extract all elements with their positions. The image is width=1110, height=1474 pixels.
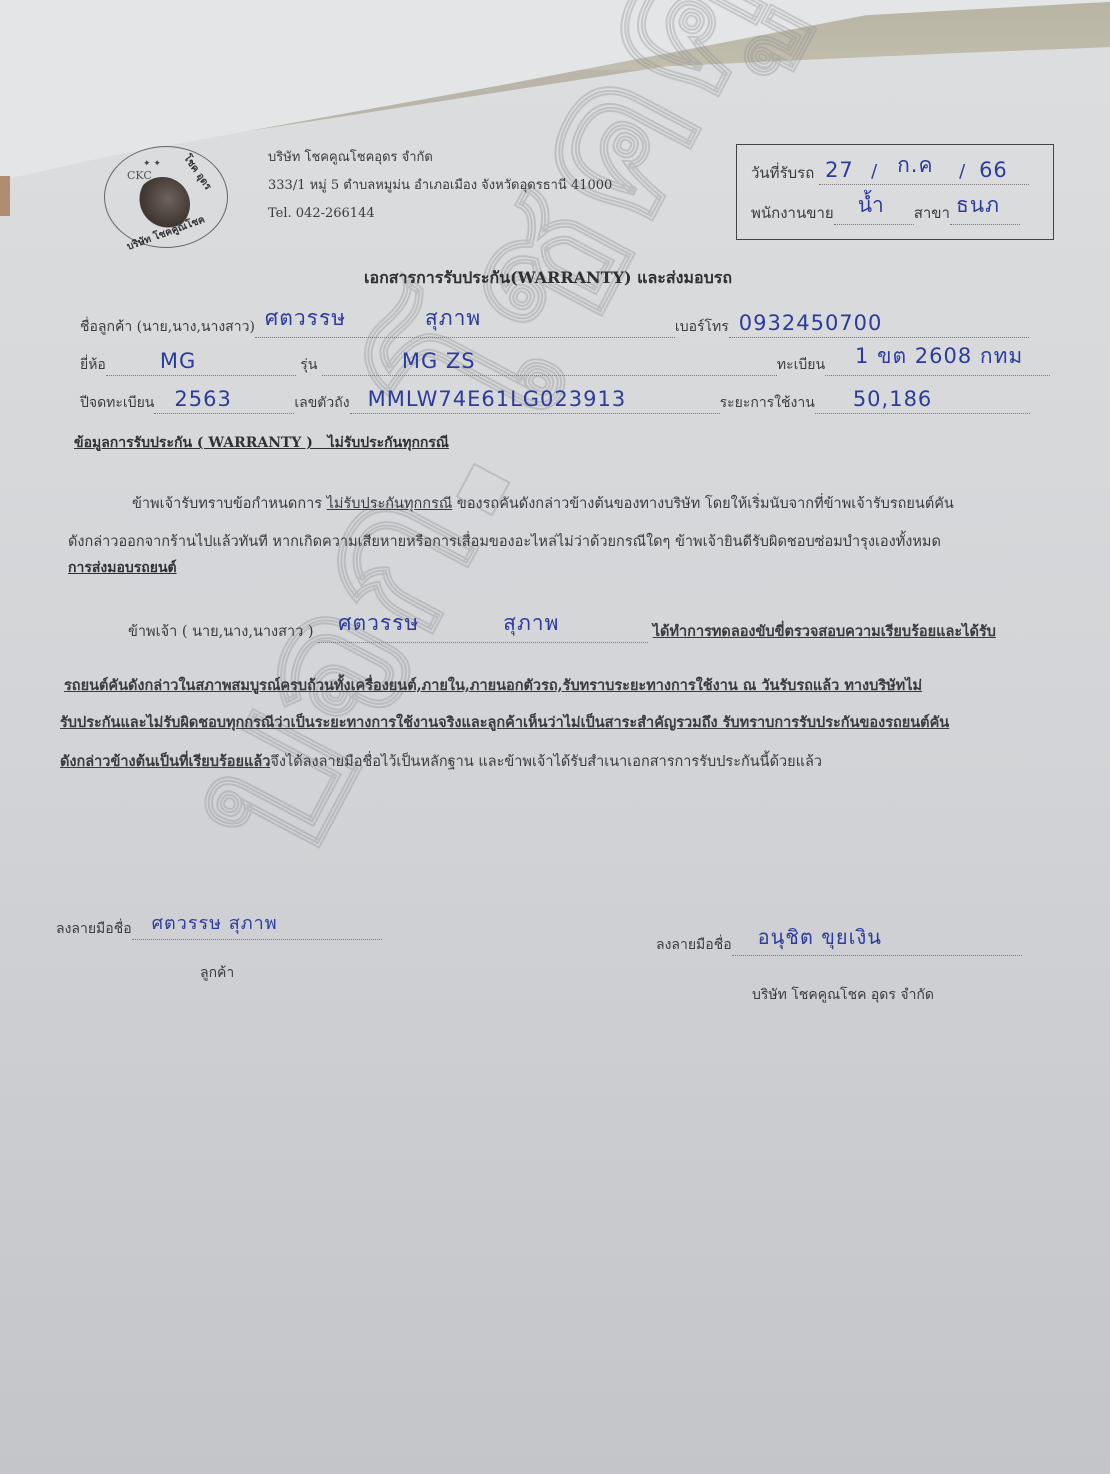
warranty-heading-note: ไม่รับประกันทุกกรณี — [328, 435, 449, 451]
customer-name-field[interactable]: ศตวรรษ สุภาพ — [255, 319, 675, 338]
salesperson-label: พนักงานขาย — [751, 204, 834, 222]
plate-value: 1 ขต 2608 กทม — [855, 340, 1023, 373]
delivery-heading: การส่งมอบรถยนต์ — [68, 557, 177, 579]
delivery-line-3: รับประกันและไม่รับผิดชอบทุกกรณีว่าเป็นระ… — [60, 711, 949, 734]
delivery-customer-first: ศตวรรษ — [338, 607, 419, 640]
delivery-line-2: รถยนต์คันดังกล่าวในสภาพสมบูรณ์ครบถ้วนทั้… — [64, 674, 922, 697]
plate-label: ทะเบียน — [777, 357, 825, 373]
receive-box: วันที่รับรถ 27 / ก.ค / 66 พนักงานขาย น้ำ… — [736, 144, 1054, 240]
vehicle-row: ยี่ห้อ MG รุ่น MG ZS ทะเบียน 1 ขต 2608 ก… — [80, 354, 1050, 376]
receive-date-year: 66 — [979, 158, 1008, 182]
chassis-value: MMLW74E61LG023913 — [368, 387, 627, 411]
salesperson-row: พนักงานขาย น้ำ สาขา ธนภ — [751, 201, 1020, 225]
brand-label: ยี่ห้อ — [80, 357, 106, 373]
company-signature: อนุชิต ขุยเงิน — [758, 921, 882, 953]
chassis-label: เลขตัวถัง — [294, 395, 349, 411]
company-role: บริษัท โชคคูณโชค อุดร จำกัด — [752, 984, 934, 1006]
star-icon: ✦ ✦ — [143, 159, 161, 169]
branch-field[interactable]: ธนภ — [950, 206, 1020, 225]
warranty-heading-text: ข้อมูลการรับประกัน ( WARRANTY ) — [74, 435, 313, 451]
receive-date-row: วันที่รับรถ 27 / ก.ค / 66 — [751, 161, 1029, 185]
salesperson-field[interactable]: น้ำ — [834, 206, 914, 225]
warranty-line1-prefix: ข้าพเจ้ารับทราบข้อกำหนดการ — [132, 496, 322, 512]
delivery-line4-suffix: จึงได้ลงลายมือชื่อไว้เป็นหลักฐาน และข้าพ… — [270, 754, 822, 770]
receive-date-day: 27 — [825, 158, 854, 182]
company-name: บริษัท โชคคูณโชคอุดร จำกัด — [268, 144, 612, 172]
brand-value: MG — [160, 349, 196, 373]
mileage-label: ระยะการใช้งาน — [720, 395, 815, 411]
customer-first-name: ศตวรรษ — [265, 302, 346, 335]
customer-signature-field[interactable]: ศตวรรษ สุภาพ — [132, 921, 382, 940]
receive-date-label: วันที่รับรถ — [751, 164, 814, 182]
company-signature-block: ลงลายมือชื่อ อนุชิต ขุยเงิน — [656, 934, 1022, 956]
date-separator: / — [959, 161, 966, 182]
company-tel: Tel. 042-266144 — [268, 200, 612, 228]
date-separator: / — [871, 161, 878, 182]
warranty-heading: ข้อมูลการรับประกัน ( WARRANTY ) ไม่รับปร… — [74, 432, 449, 454]
company-signature-field[interactable]: อนุชิต ขุยเงิน — [732, 937, 1022, 956]
customer-signature-label: ลงลายมือชื่อ — [56, 921, 132, 937]
delivery-line4-underlined: ดังกล่าวข้างต้นเป็นที่เรียบร้อยแล้ว — [60, 753, 270, 770]
customer-name-label: ชื่อลูกค้า (นาย,นาง,นางสาว) — [80, 319, 255, 335]
receive-date-field[interactable]: 27 / ก.ค / 66 — [819, 166, 1029, 185]
mileage-value: 50,186 — [853, 387, 932, 411]
warranty-line-1: ข้าพเจ้ารับทราบข้อกำหนดการ ไม่รับประกันท… — [132, 492, 954, 515]
company-address: 333/1 หมู่ 5 ตำบลหมูม่น อำเภอเมือง จังหว… — [268, 172, 612, 200]
company-info: บริษัท โชคคูณโชคอุดร จำกัด 333/1 หมู่ 5 … — [268, 144, 612, 228]
warranty-line1-suffix: ของรถคันดังกล่าวข้างต้นของทางบริษัท โดยใ… — [457, 496, 954, 512]
mileage-field[interactable]: 50,186 — [815, 395, 1030, 414]
background-edge — [0, 176, 10, 216]
delivery-customer-last: สุภาพ — [503, 607, 559, 640]
delivery-line-4: ดังกล่าวข้างต้นเป็นที่เรียบร้อยแล้วจึงได… — [60, 750, 822, 773]
reg-year-label: ปีจดทะเบียน — [80, 395, 154, 411]
reg-year-value: 2563 — [174, 387, 231, 411]
model-field[interactable]: MG ZS — [322, 357, 777, 376]
delivery-line1-suffix: ได้ทำการทดลองขับขี่ตรวจสอบความเรียบร้อยแ… — [653, 623, 996, 640]
document-title: เอกสารการรับประกัน(WARRANTY) และส่งมอบรถ — [364, 266, 732, 291]
customer-signature-block: ลงลายมือชื่อ ศตวรรษ สุภาพ — [56, 918, 382, 940]
phone-field[interactable]: 0932450700 — [729, 319, 1029, 338]
branch-label: สาขา — [914, 204, 950, 222]
plate-field[interactable]: 1 ขต 2608 กทม — [825, 357, 1050, 376]
company-signature-label: ลงลายมือชื่อ — [656, 937, 732, 953]
phone-value: 0932450700 — [739, 311, 883, 335]
warranty-line1-underlined: ไม่รับประกันทุกกรณี — [327, 496, 453, 512]
customer-last-name: สุภาพ — [425, 302, 481, 335]
registration-row: ปีจดทะเบียน 2563 เลขตัวถัง MMLW74E61LG02… — [80, 392, 1030, 414]
delivery-line1-prefix: ข้าพเจ้า ( นาย,นาง,นางสาว ) — [128, 624, 314, 640]
brand-field[interactable]: MG — [106, 357, 296, 376]
delivery-line-1: ข้าพเจ้า ( นาย,นาง,นางสาว ) ศตวรรษ สุภาพ… — [128, 620, 996, 643]
customer-name-row: ชื่อลูกค้า (นาย,นาง,นางสาว) ศตวรรษ สุภาพ… — [80, 316, 1029, 338]
phone-label: เบอร์โทร — [675, 319, 729, 335]
model-label: รุ่น — [300, 357, 317, 373]
customer-signature: ศตวรรษ สุภาพ — [152, 908, 278, 937]
reg-year-field[interactable]: 2563 — [154, 395, 294, 414]
chassis-field[interactable]: MMLW74E61LG023913 — [350, 395, 720, 414]
receive-date-month: ก.ค — [897, 149, 933, 182]
warranty-line-2: ดังกล่าวออกจากร้านไปแล้วทันที หากเกิดควา… — [68, 530, 941, 553]
delivery-customer-field[interactable]: ศตวรรษ สุภาพ — [318, 624, 648, 643]
company-logo: ✦ ✦ CKC โชค อุดร บริษัท โชคคูณโชค — [104, 146, 228, 248]
model-value: MG ZS — [402, 349, 476, 373]
branch-value: ธนภ — [956, 189, 1000, 222]
customer-role: ลูกค้า — [200, 962, 234, 984]
salesperson-value: น้ำ — [858, 189, 885, 222]
